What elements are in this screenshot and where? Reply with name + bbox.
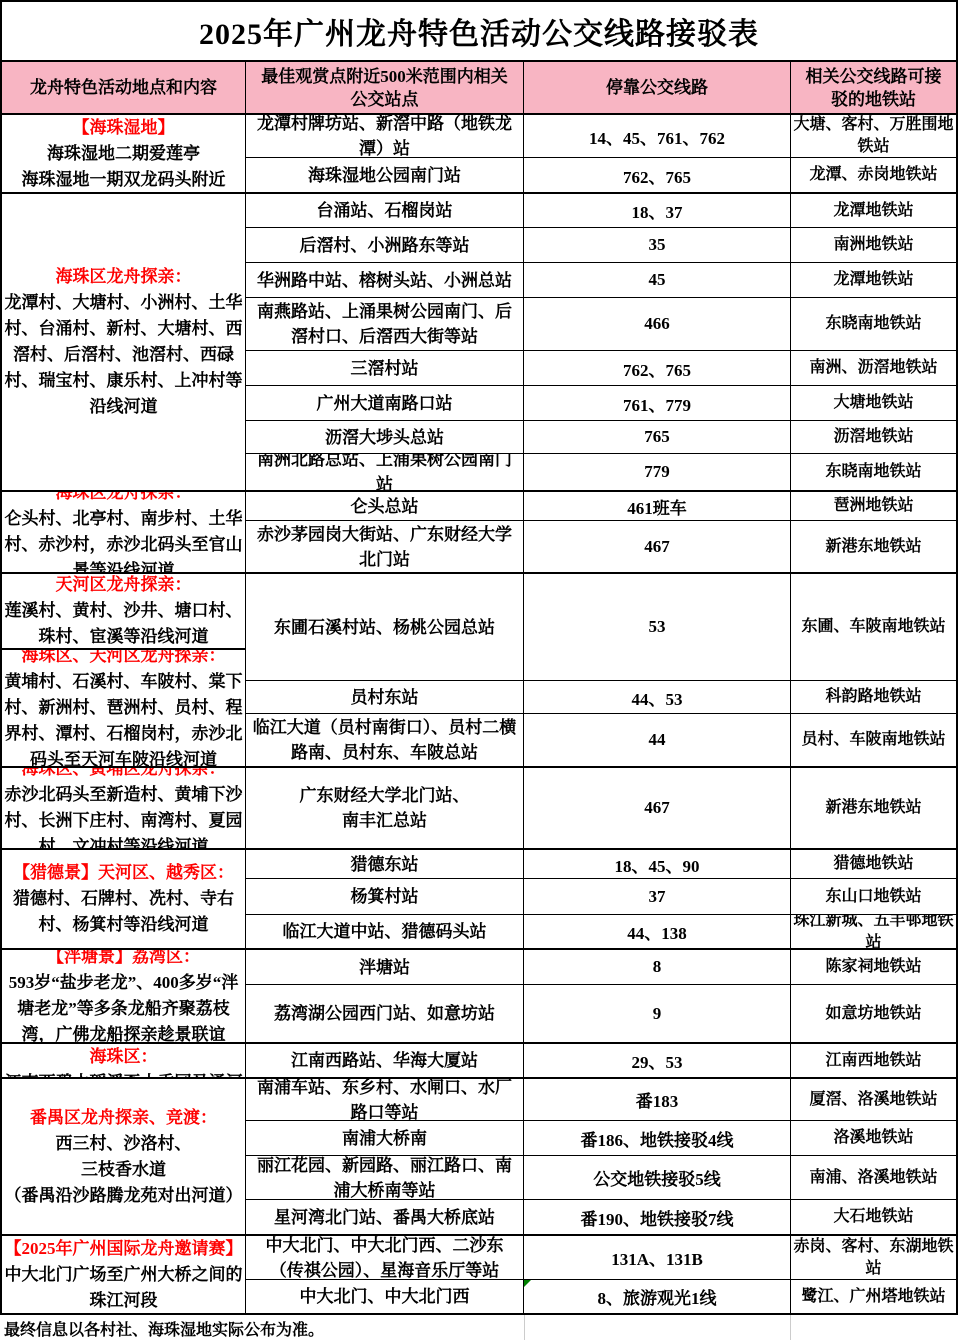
stop-cell: 南浦大桥南 xyxy=(246,1121,524,1155)
stop-cell: 赤沙茅园岗大街站、广东财经大学北门站 xyxy=(246,521,524,572)
stop-cell: 龙潭村牌坊站、新滘中路（地铁龙潭）站 xyxy=(246,115,524,157)
group-cell-haizhu-tianhe-tanqin: 海珠区、天河区龙舟探亲： 黄埔村、石溪村、车陂村、棠下村、新洲村、琶洲村、员村、… xyxy=(2,648,245,766)
group-title: 【2025年广州国际龙舟邀请赛】 xyxy=(5,1236,243,1262)
metro-cell: 江南西地铁站 xyxy=(791,1044,956,1077)
metro-cell: 新港东地铁站 xyxy=(791,521,956,572)
routes-cell: 29、53 xyxy=(524,1044,791,1077)
activity-column: 【海珠湿地】 海珠湿地二期爱莲亭 海珠湿地一期双龙码头附近 海珠区龙舟探亲： 龙… xyxy=(2,115,246,1313)
group-desc: 猎德村、石牌村、冼村、寺右村、杨箕村等沿线河道 xyxy=(3,886,244,938)
metro-cell: 南洲地铁站 xyxy=(791,228,956,262)
metro-cell: 龙潭地铁站 xyxy=(791,194,956,227)
metro-cell: 东晓南地铁站 xyxy=(791,298,956,350)
routes-cell: 9 xyxy=(524,985,791,1042)
group-title: 海珠区： xyxy=(90,1044,158,1070)
routes-cell: 14、45、761、762 xyxy=(524,115,791,157)
table-header-row: 龙舟特色活动地点和内容 最佳观赏点附近500米范围内相关公交站点 停靠公交线路 … xyxy=(2,62,956,115)
table-row: 猎德东站 18、45、90 猎德地铁站 xyxy=(246,848,956,878)
table-row: 东圃石溪村站、杨桃公园总站 53 东圃、车陂南地铁站 xyxy=(246,572,956,680)
routes-cell: 37 xyxy=(524,879,791,914)
table-row: 丽江花园、新园路、丽江路口、南浦大桥南等站 公交地铁接驳5线 南浦、洛溪地铁站 xyxy=(246,1155,956,1199)
metro-cell: 科韵路地铁站 xyxy=(791,681,956,713)
table-row: 杨箕村站 37 东山口地铁站 xyxy=(246,878,956,914)
stop-cell: 沥滘大埗头总站 xyxy=(246,421,524,453)
group-cell-haizhu-tanqin-2: 海珠区龙舟探亲： 仑头村、北亭村、南步村、土华村、赤沙村，赤沙北码头至官山景等沿… xyxy=(2,490,245,572)
metro-cell: 琶洲地铁站 xyxy=(791,492,956,520)
table-row: 荔湾湖公园西门站、如意坊站 9 如意坊地铁站 xyxy=(246,984,956,1042)
table-row: 南浦车站、东乡村、水闸口、水厂路口等站 番183 厦滘、洛溪地铁站 xyxy=(246,1077,956,1120)
group-cell-haizhu-huangpu-tanqin: 海珠区、黄埔区龙舟探亲： 赤沙北码头至新造村、黄埔下沙村、长洲下庄村、南湾村、夏… xyxy=(2,766,245,848)
stop-cell: 广东财经大学北门站、 南丰汇总站 xyxy=(246,768,524,848)
metro-cell: 新港东地铁站 xyxy=(791,768,956,848)
stop-cell: 杨箕村站 xyxy=(246,879,524,914)
table-row: 江南西路站、华海大厦站 29、53 江南西地铁站 xyxy=(246,1042,956,1077)
group-cell-pantang-scene: 【泮塘景】荔湾区： 593岁“盐步老龙”、400多岁“泮塘老龙”等多条龙船齐聚荔… xyxy=(2,948,245,1042)
table-row: 员村东站 44、53 科韵路地铁站 xyxy=(246,680,956,713)
bus-route-table: 2025年广州龙舟特色活动公交线路接驳表 龙舟特色活动地点和内容 最佳观赏点附近… xyxy=(0,0,958,1315)
stop-cell: 台涌站、石榴岗站 xyxy=(246,194,524,227)
table-row: 临江大道（员村南街口）、员村二横路南、员村东、车陂总站 44 员村、车陂南地铁站 xyxy=(246,713,956,766)
stop-cell: 南燕路站、上涌果树公园南门、后滘村口、后滘西大街等站 xyxy=(246,298,524,350)
stop-cell: 海珠湿地公园南门站 xyxy=(246,158,524,192)
metro-cell: 赤岗、客村、东湖地铁站 xyxy=(791,1236,956,1279)
routes-cell: 765 xyxy=(524,421,791,453)
table-row: 台涌站、石榴岗站 18、37 龙潭地铁站 xyxy=(246,192,956,227)
routes-cell: 467 xyxy=(524,768,791,848)
table-row: 三滘村站 762、765 南洲、沥滘地铁站 xyxy=(246,350,956,385)
routes-cell: 466 xyxy=(524,298,791,350)
routes-cell: 45 xyxy=(524,263,791,297)
metro-cell: 南浦、洛溪地铁站 xyxy=(791,1156,956,1199)
group-desc: 龙潭村、大塘村、小洲村、土华村、台涌村、新村、大塘村、西滘村、后滘村、池滘村、西… xyxy=(3,290,244,420)
group-title: 海珠区龙舟探亲： xyxy=(56,264,192,290)
stop-cell: 江南西路站、华海大厦站 xyxy=(246,1044,524,1077)
table-row: 海珠湿地公园南门站 762、765 龙潭、赤岗地铁站 xyxy=(246,157,956,192)
routes-cell: 8 xyxy=(524,950,791,984)
page-title: 2025年广州龙舟特色活动公交线路接驳表 xyxy=(2,2,956,62)
group-title: 番禺区龙舟探亲、竞渡： xyxy=(30,1105,217,1131)
metro-cell: 珠江新城、五羊邨地铁站 xyxy=(791,915,956,948)
metro-cell: 大石地铁站 xyxy=(791,1200,956,1234)
metro-cell: 沥滘地铁站 xyxy=(791,421,956,453)
group-title: 天河区龙舟探亲： xyxy=(56,572,192,598)
metro-cell: 如意坊地铁站 xyxy=(791,985,956,1042)
metro-cell: 大塘、客村、万胜围地铁站 xyxy=(791,115,956,157)
routes-cell: 公交地铁接驳5线 xyxy=(524,1156,791,1199)
gridline xyxy=(524,1315,525,1340)
table-row: 广东财经大学北门站、 南丰汇总站 467 新港东地铁站 xyxy=(246,766,956,848)
routes-cell: 467 xyxy=(524,521,791,572)
metro-cell: 东山口地铁站 xyxy=(791,879,956,914)
table-row: 龙潭村牌坊站、新滘中路（地铁龙潭）站 14、45、761、762 大塘、客村、万… xyxy=(246,115,956,157)
stop-cell: 丽江花园、新园路、丽江路口、南浦大桥南等站 xyxy=(246,1156,524,1199)
stop-cell: 员村东站 xyxy=(246,681,524,713)
stop-cell: 中大北门、中大北门西 xyxy=(246,1280,524,1313)
routes-cell: 461班车 xyxy=(524,492,791,520)
group-title: 【海珠湿地】 xyxy=(73,115,175,141)
metro-cell: 龙潭地铁站 xyxy=(791,263,956,297)
group-cell-liede-scene: 【猎德景】天河区、越秀区： 猎德村、石牌村、冼村、寺右村、杨箕村等沿线河道 xyxy=(2,848,245,948)
routes-cell: 44、138 xyxy=(524,915,791,948)
gridline xyxy=(790,1315,791,1340)
metro-cell: 陈家祠地铁站 xyxy=(791,950,956,984)
header-stops: 最佳观赏点附近500米范围内相关公交站点 xyxy=(246,62,524,113)
group-cell-panyu-tanqin-jingdu: 番禺区龙舟探亲、竞渡： 西三村、沙洛村、 三枝香水道 （番禺沿沙路腾龙苑对出河道… xyxy=(2,1077,245,1234)
routes-cell: 18、37 xyxy=(524,194,791,227)
table-row: 广州大道南路口站 761、779 大塘地铁站 xyxy=(246,385,956,420)
table-row: 中大北门、中大北门西 8、旅游观光1线 鹭江、广州塔地铁站 xyxy=(246,1279,956,1313)
stop-cell: 仑头总站 xyxy=(246,492,524,520)
stop-cell: 临江大道中站、猎德码头站 xyxy=(246,915,524,948)
group-cell-haizhu-tanqin-1: 海珠区龙舟探亲： 龙潭村、大塘村、小洲村、土华村、台涌村、新村、大塘村、西滘村、… xyxy=(2,192,245,490)
metro-cell: 龙潭、赤岗地铁站 xyxy=(791,158,956,192)
metro-cell: 大塘地铁站 xyxy=(791,386,956,420)
metro-cell: 东圃、车陂南地铁站 xyxy=(791,574,956,680)
group-title: 海珠区、天河区龙舟探亲： xyxy=(22,648,226,669)
routes-cell: 762、765 xyxy=(524,158,791,192)
routes-cell: 44、53 xyxy=(524,681,791,713)
group-cell-tianhe-tanqin: 天河区龙舟探亲： 莲溪村、黄村、沙井、塘口村、珠村、宦溪等沿线河道 xyxy=(2,572,245,648)
stop-cell: 南浦车站、东乡村、水闸口、水厂路口等站 xyxy=(246,1079,524,1120)
group-desc: 中大北门广场至广州大桥之间的珠江河段 xyxy=(3,1262,244,1314)
group-cell-haizhu-wetland: 【海珠湿地】 海珠湿地二期爱莲亭 海珠湿地一期双龙码头附近 xyxy=(2,115,245,192)
stop-cell: 荔湾湖公园西门站、如意坊站 xyxy=(246,985,524,1042)
routes-cell: 18、45、90 xyxy=(524,850,791,878)
routes-columns: 龙潭村牌坊站、新滘中路（地铁龙潭）站 14、45、761、762 大塘、客村、万… xyxy=(246,115,956,1313)
footer-note: 最终信息以各村社、海珠湿地实际公布为准。 xyxy=(4,1317,324,1340)
group-title: 海珠区龙舟探亲： xyxy=(56,490,192,506)
stop-cell: 三滘村站 xyxy=(246,351,524,385)
table-row: 后滘村、小洲路东等站 35 南洲地铁站 xyxy=(246,227,956,262)
stop-cell: 泮塘站 xyxy=(246,950,524,984)
header-activity: 龙舟特色活动地点和内容 xyxy=(2,62,246,113)
routes-cell: 番183 xyxy=(524,1079,791,1120)
group-desc: 593岁“盐步老龙”、400多岁“泮塘老龙”等多条龙船齐聚荔枝湾，广佛龙船探亲趁… xyxy=(3,970,244,1042)
header-routes: 停靠公交线路 xyxy=(524,62,791,113)
stop-cell: 后滘村、小洲路东等站 xyxy=(246,228,524,262)
group-title: 【猎德景】天河区、越秀区： xyxy=(13,860,234,886)
routes-cell: 779 xyxy=(524,454,791,490)
routes-cell: 35 xyxy=(524,228,791,262)
table-row: 南燕路站、上涌果树公园南门、后滘村口、后滘西大街等站 466 东晓南地铁站 xyxy=(246,297,956,350)
group-title: 【泮塘景】荔湾区： xyxy=(47,948,200,970)
header-metro: 相关公交线路可接驳的地铁站 xyxy=(791,62,956,113)
group-desc: 海珠湿地二期爱莲亭 海珠湿地一期双龙码头附近 xyxy=(22,141,226,193)
table-row: 泮塘站 8 陈家祠地铁站 xyxy=(246,948,956,984)
stop-cell: 东圃石溪村站、杨桃公园总站 xyxy=(246,574,524,680)
stop-cell: 临江大道（员村南街口）、员村二横路南、员村东、车陂总站 xyxy=(246,714,524,766)
metro-cell: 员村、车陂南地铁站 xyxy=(791,714,956,766)
group-desc: 莲溪村、黄村、沙井、塘口村、珠村、宦溪等沿线河道 xyxy=(3,598,244,648)
table-row: 南浦大桥南 番186、地铁接驳4线 洛溪地铁站 xyxy=(246,1120,956,1155)
routes-cell: 53 xyxy=(524,574,791,680)
table-row: 星河湾北门站、番禺大桥底站 番190、地铁接驳7线 大石地铁站 xyxy=(246,1199,956,1234)
table-row: 中大北门、中大北门西、二沙东（传祺公园）、星海音乐厅等站 131A、131B 赤… xyxy=(246,1234,956,1279)
table-row: 赤沙茅园岗大街站、广东财经大学北门站 467 新港东地铁站 xyxy=(246,520,956,572)
routes-cell: 762、765 xyxy=(524,351,791,385)
metro-cell: 东晓南地铁站 xyxy=(791,454,956,490)
routes-cell: 番186、地铁接驳4线 xyxy=(524,1121,791,1155)
routes-cell: 8、旅游观光1线 xyxy=(524,1280,791,1313)
table-row: 临江大道中站、猎德码头站 44、138 珠江新城、五羊邨地铁站 xyxy=(246,914,956,948)
stop-cell: 广州大道南路口站 xyxy=(246,386,524,420)
group-desc: 赤沙北码头至新造村、黄埔下沙村、长洲下庄村、南湾村、夏园村、文冲村等沿线河道 xyxy=(3,782,244,848)
routes-cell: 131A、131B xyxy=(524,1236,791,1279)
table-row: 仑头总站 461班车 琶洲地铁站 xyxy=(246,490,956,520)
routes-cell: 44 xyxy=(524,714,791,766)
stop-cell: 中大北门、中大北门西、二沙东（传祺公园）、星海音乐厅等站 xyxy=(246,1236,524,1279)
stop-cell: 星河湾北门站、番禺大桥底站 xyxy=(246,1200,524,1234)
group-cell-haizhu-jiangnanxi: 海珠区： 江南西碧水瑶溪至十香园马涌河 xyxy=(2,1042,245,1077)
group-desc: 江南西碧水瑶溪至十香园马涌河 xyxy=(5,1070,243,1077)
group-cell-invitational-race: 【2025年广州国际龙舟邀请赛】 中大北门广场至广州大桥之间的珠江河段 xyxy=(2,1234,245,1313)
group-desc: 西三村、沙洛村、 三枝香水道 （番禺沿沙路腾龙苑对出河道） xyxy=(5,1131,243,1209)
group-title: 海珠区、黄埔区龙舟探亲： xyxy=(22,766,226,782)
metro-cell: 鹭江、广州塔地铁站 xyxy=(791,1280,956,1313)
table-row: 华洲路中站、榕树头站、小洲总站 45 龙潭地铁站 xyxy=(246,262,956,297)
metro-cell: 厦滘、洛溪地铁站 xyxy=(791,1079,956,1120)
stop-cell: 华洲路中站、榕树头站、小洲总站 xyxy=(246,263,524,297)
group-desc: 黄埔村、石溪村、车陂村、棠下村、新洲村、琶洲村、员村、程界村、潭村、石榴岗村，赤… xyxy=(3,669,244,766)
table-row: 沥滘大埗头总站 765 沥滘地铁站 xyxy=(246,420,956,453)
group-desc: 仑头村、北亭村、南步村、土华村、赤沙村，赤沙北码头至官山景等沿线河道 xyxy=(3,506,244,572)
metro-cell: 猎德地铁站 xyxy=(791,850,956,878)
routes-cell: 761、779 xyxy=(524,386,791,420)
metro-cell: 南洲、沥滘地铁站 xyxy=(791,351,956,385)
cell-corner-marker-icon xyxy=(524,1280,531,1287)
stop-cell: 南洲北路总站、上涌果树公园南门站 xyxy=(246,454,524,490)
footer-note-row: 最终信息以各村社、海珠湿地实际公布为准。 xyxy=(0,1315,958,1340)
table-row: 南洲北路总站、上涌果树公园南门站 779 东晓南地铁站 xyxy=(246,453,956,490)
routes-cell: 番190、地铁接驳7线 xyxy=(524,1200,791,1234)
stop-cell: 猎德东站 xyxy=(246,850,524,878)
metro-cell: 洛溪地铁站 xyxy=(791,1121,956,1155)
